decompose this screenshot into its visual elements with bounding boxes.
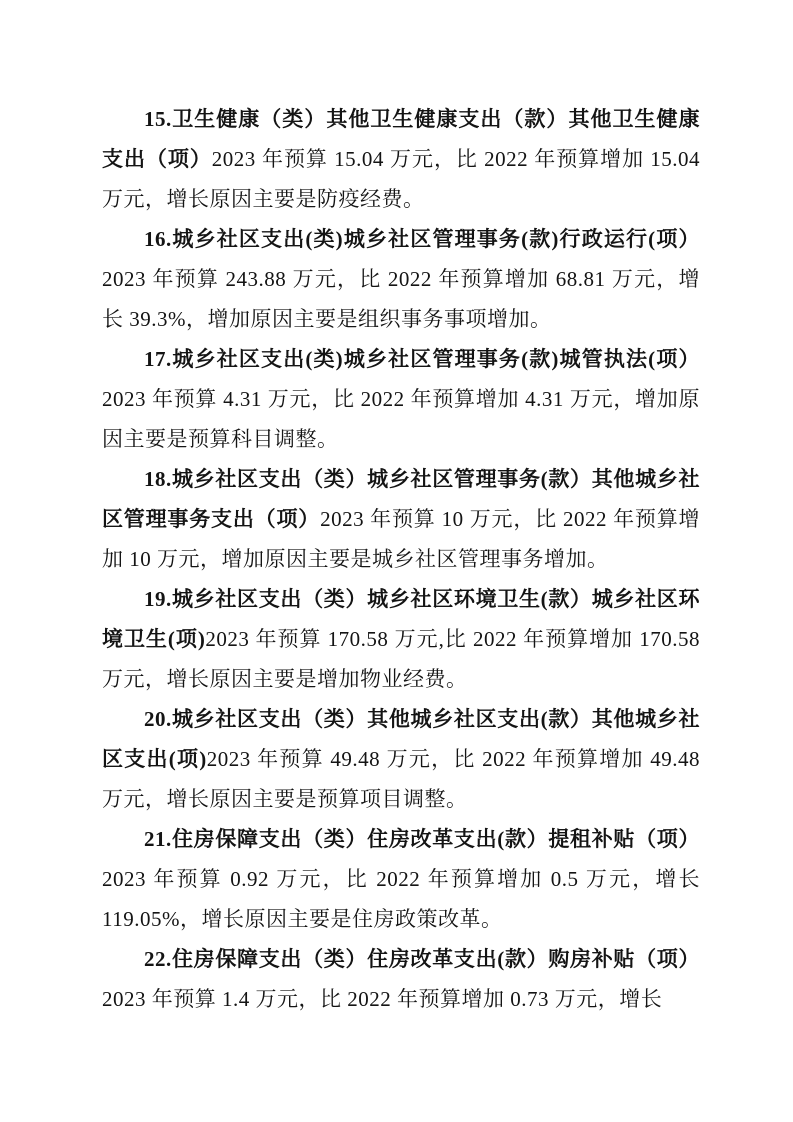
document-page: 15.卫生健康（类）其他卫生健康支出（款）其他卫生健康支出（项）2023 年预算… <box>0 0 793 1122</box>
budget-paragraph-16: 16.城乡社区支出(类)城乡社区管理事务(款)行政运行(项）2023 年预算 2… <box>102 219 700 339</box>
budget-paragraph-19: 19.城乡社区支出（类）城乡社区环境卫生(款）城乡社区环境卫生(项)2023 年… <box>102 579 700 699</box>
paragraph-heading: 16.城乡社区支出(类)城乡社区管理事务(款)行政运行(项） <box>144 227 700 251</box>
budget-paragraph-21: 21.住房保障支出（类）住房改革支出(款）提租补贴（项）2023 年预算 0.9… <box>102 819 700 939</box>
budget-paragraph-17: 17.城乡社区支出(类)城乡社区管理事务(款)城管执法(项）2023 年预算 4… <box>102 339 700 459</box>
paragraph-body: 2023 年预算 4.31 万元，比 2022 年预算增加 4.31 万元，增加… <box>102 387 700 451</box>
budget-paragraph-22: 22.住房保障支出（类）住房改革支出(款）购房补贴（项）2023 年预算 1.4… <box>102 939 700 1019</box>
paragraph-heading: 21.住房保障支出（类）住房改革支出(款）提租补贴（项） <box>144 827 700 851</box>
paragraph-body: 2023 年预算 1.4 万元，比 2022 年预算增加 0.73 万元，增长 <box>102 987 662 1011</box>
budget-paragraph-20: 20.城乡社区支出（类）其他城乡社区支出(款）其他城乡社区支出(项)2023 年… <box>102 699 700 819</box>
paragraph-body: 2023 年预算 243.88 万元，比 2022 年预算增加 68.81 万元… <box>102 267 700 331</box>
budget-paragraph-15: 15.卫生健康（类）其他卫生健康支出（款）其他卫生健康支出（项）2023 年预算… <box>102 99 700 219</box>
paragraph-body: 2023 年预算 0.92 万元，比 2022 年预算增加 0.5 万元，增长 … <box>102 867 700 931</box>
budget-paragraph-18: 18.城乡社区支出（类）城乡社区管理事务(款）其他城乡社区管理事务支出（项）20… <box>102 459 700 579</box>
paragraph-heading: 22.住房保障支出（类）住房改革支出(款）购房补贴（项） <box>144 947 700 971</box>
paragraph-heading: 17.城乡社区支出(类)城乡社区管理事务(款)城管执法(项） <box>144 347 700 371</box>
